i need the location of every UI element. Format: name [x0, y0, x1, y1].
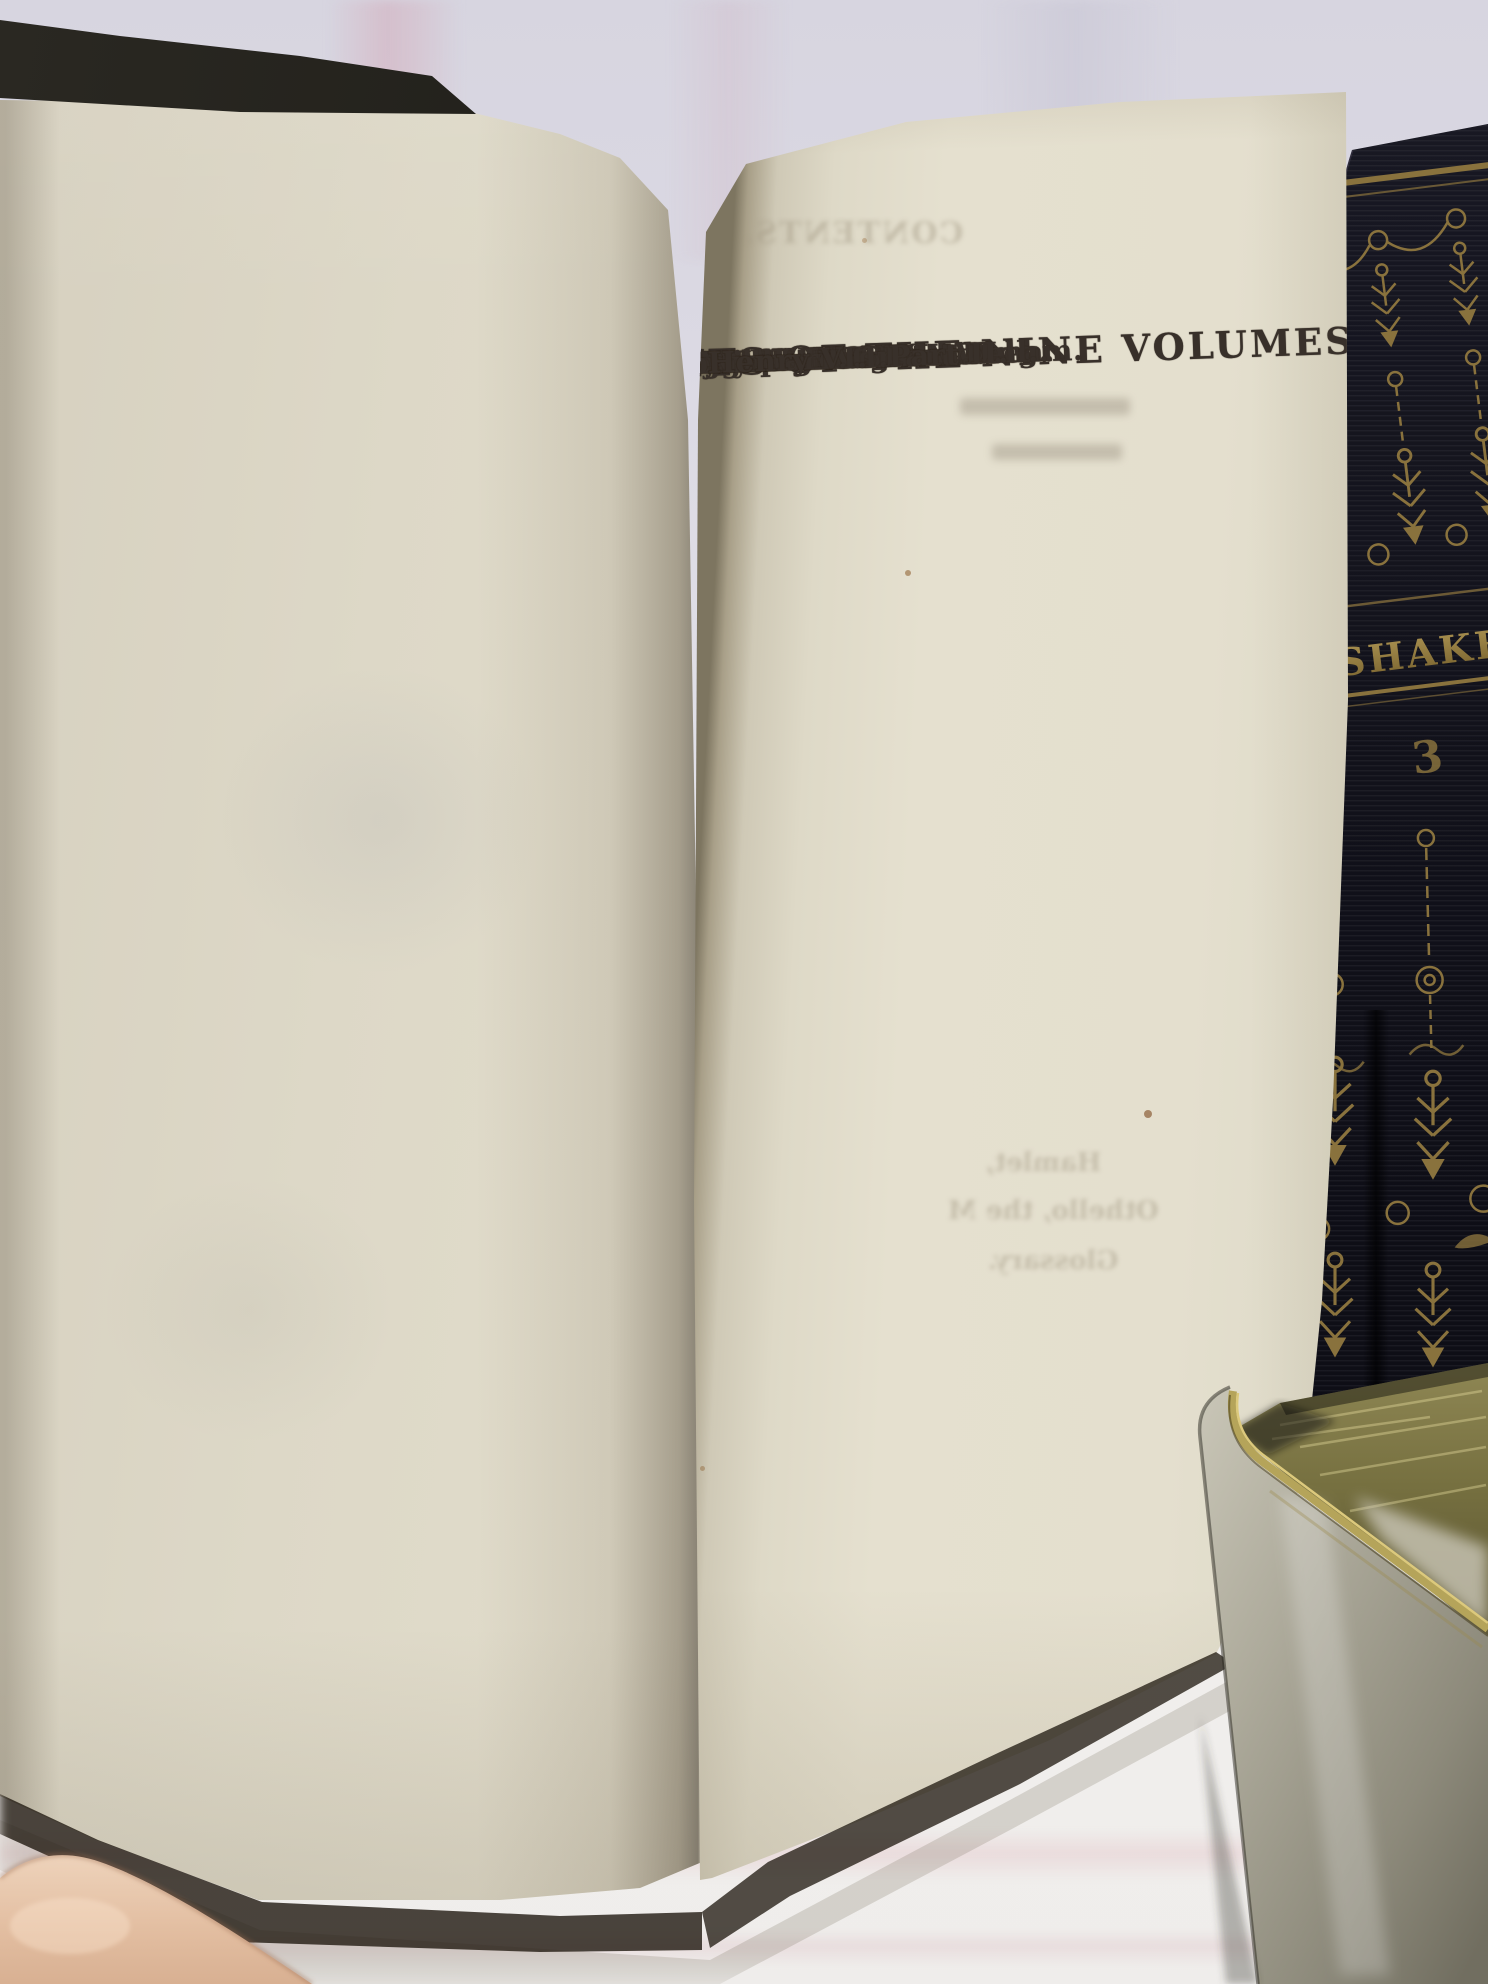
finger: [0, 1834, 360, 1984]
show-through-smudge: [40, 1120, 460, 1500]
metal-tray: [1130, 1095, 1488, 1984]
foxing-spot: [905, 570, 911, 576]
foxing-spot: [700, 1466, 705, 1471]
photo-of-open-book: SHAKESP 3: [0, 0, 1488, 1984]
show-through-text: CONTENTS.: [742, 216, 963, 251]
show-through-smudge: [150, 600, 610, 1040]
foxing-spot: [862, 238, 867, 243]
